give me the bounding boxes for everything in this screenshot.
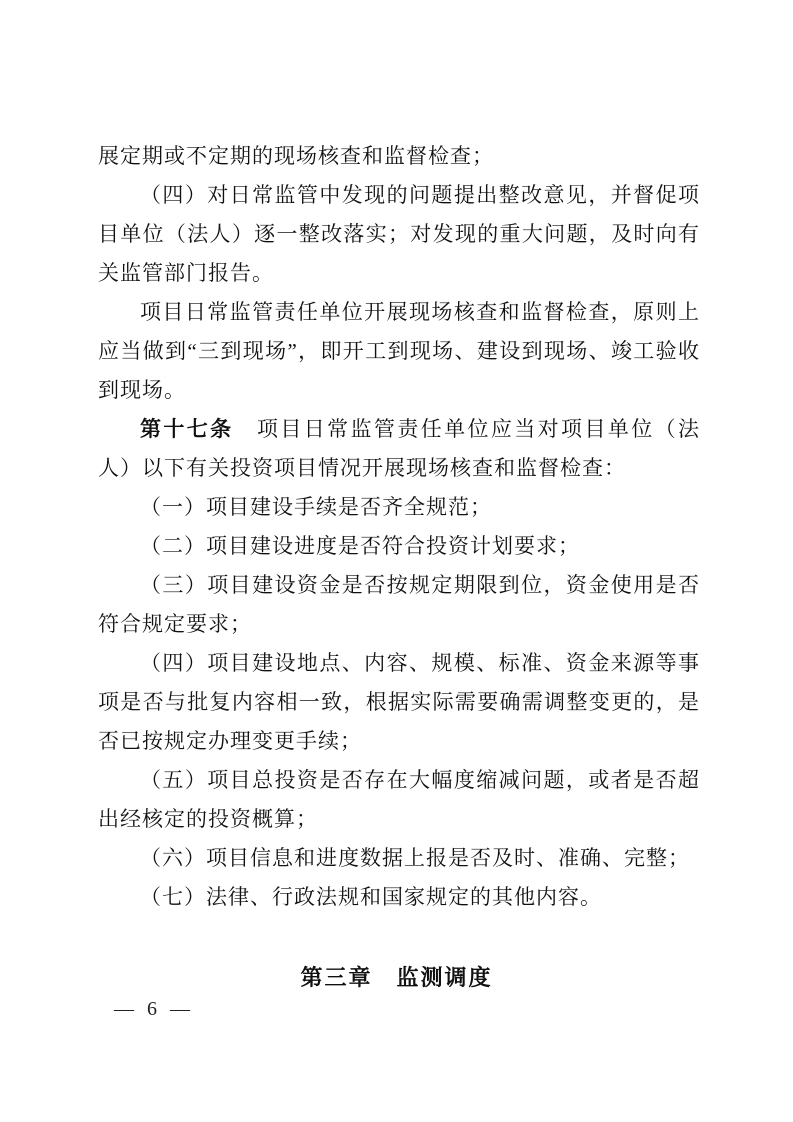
paragraph: （四）项目建设地点、内容、规模、标准、资金来源等事项是否与批复内容相一致，根据实… — [98, 644, 700, 761]
text-segment: （三）项目建设资金是否按规定期限到位，资金使用是否符合规定要求； — [98, 573, 700, 636]
text-segment: （五）项目总投资是否存在大幅度缩减问题，或者是否超出经核定的投资概算； — [98, 768, 700, 831]
paragraph: 项目日常监管责任单位开展现场核查和监督检查，原则上应当做到“三到现场”，即开工到… — [98, 293, 700, 410]
paragraph: （三）项目建设资金是否按规定期限到位，资金使用是否符合规定要求； — [98, 566, 700, 644]
document-body: 展定期或不定期的现场核查和监督检查；（四）对日常监管中发现的问题提出整改意见，并… — [98, 137, 700, 917]
paragraph: （二）项目建设进度是否符合投资计划要求； — [98, 527, 700, 566]
chapter-heading: 第三章 监测调度 — [0, 958, 793, 997]
text-segment: （七）法律、行政法规和国家规定的其他内容。 — [140, 885, 602, 909]
paragraph: （四）对日常监管中发现的问题提出整改意见，并督促项目单位（法人）逐一整改落实；对… — [98, 176, 700, 293]
text-segment: （四）项目建设地点、内容、规模、标准、资金来源等事项是否与批复内容相一致，根据实… — [98, 651, 700, 753]
document-page: 展定期或不定期的现场核查和监督检查；（四）对日常监管中发现的问题提出整改意见，并… — [0, 0, 793, 1122]
text-segment: 展定期或不定期的现场核查和监督检查； — [98, 144, 494, 168]
paragraph: （六）项目信息和进度数据上报是否及时、准确、完整； — [98, 839, 700, 878]
paragraph: 第十七条 项目日常监管责任单位应当对项目单位（法人）以下有关投资项目情况开展现场… — [98, 410, 700, 488]
paragraph: （七）法律、行政法规和国家规定的其他内容。 — [98, 878, 700, 917]
paragraph: （一）项目建设手续是否齐全规范； — [98, 488, 700, 527]
text-segment: （一）项目建设手续是否齐全规范； — [140, 495, 492, 519]
paragraph: （五）项目总投资是否存在大幅度缩减问题，或者是否超出经核定的投资概算； — [98, 761, 700, 839]
text-segment: （二）项目建设进度是否符合投资计划要求； — [140, 534, 580, 558]
text-segment: （六）项目信息和进度数据上报是否及时、准确、完整； — [140, 846, 690, 870]
article-number-bold: 第十七条 — [140, 418, 234, 441]
page-number: — 6 — — [114, 997, 194, 1021]
text-segment: （四）对日常监管中发现的问题提出整改意见，并督促项目单位（法人）逐一整改落实；对… — [98, 183, 700, 285]
text-segment: 项目日常监管责任单位开展现场核查和监督检查，原则上应当做到“三到现场”，即开工到… — [98, 300, 700, 402]
paragraph: 展定期或不定期的现场核查和监督检查； — [98, 137, 700, 176]
